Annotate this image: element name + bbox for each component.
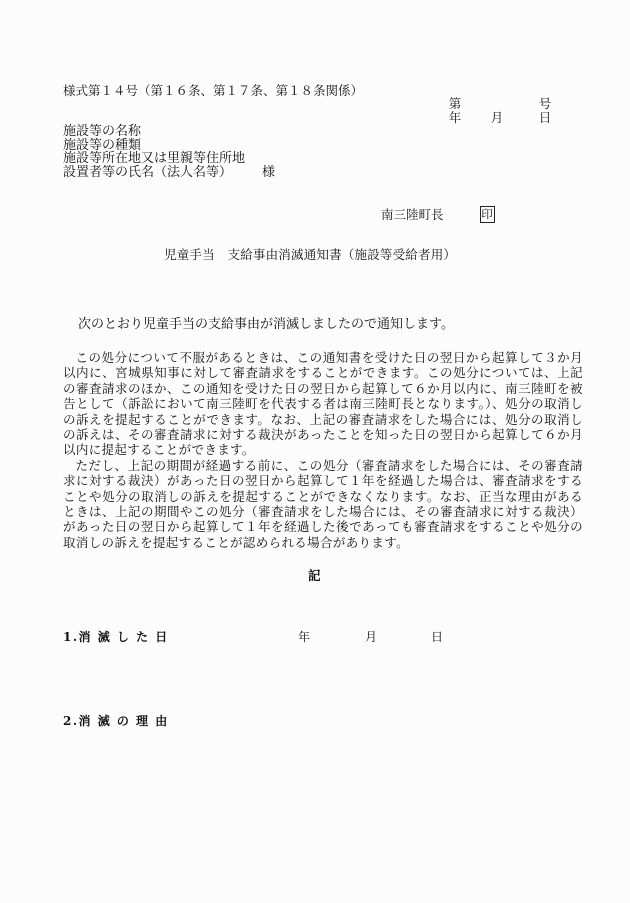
- extinction-date-month[interactable]: 月: [365, 628, 431, 645]
- founder-name-row: 設置者等の氏名（法人名等）様: [63, 166, 275, 180]
- appeal-notice-paragraph-1: この処分について不服があるときは、この通知書を受けた日の翌日から起算して３か月以…: [63, 350, 583, 458]
- item-extinction-date-label: 1.消 滅 し た 日: [63, 628, 169, 645]
- doc-date-day: 日: [538, 111, 552, 125]
- founder-name-label: 設置者等の氏名（法人名等）: [63, 165, 232, 180]
- seal-icon: 印: [480, 206, 495, 223]
- addressee-block: 施設等の名称 施設等の種類 施設等所在地又は里親等住所地 設置者等の氏名（法人名…: [63, 125, 275, 179]
- ki-heading: 記: [308, 566, 321, 584]
- facility-address-label: 施設等所在地又は里親等住所地: [63, 152, 275, 166]
- form-number: 様式第１４号（第１６条、第１７条、第１８条関係）: [63, 81, 363, 99]
- document-number: 第 号: [448, 97, 552, 111]
- facility-type-label: 施設等の種類: [63, 139, 275, 153]
- doc-date-month: 月: [490, 111, 504, 125]
- doc-number-field[interactable]: [462, 97, 538, 111]
- extinction-date-day[interactable]: 日: [431, 628, 443, 645]
- doc-number-prefix: 第: [448, 97, 462, 111]
- appeal-notice-paragraph-2: ただし、上記の期間が経過する前に、この処分（審査請求をした場合には、その審査請求…: [63, 458, 583, 550]
- document-number-and-date: 第 号 年 月 日: [448, 97, 552, 125]
- issuer: 南三陸町長 印: [381, 205, 495, 223]
- appeal-notice: この処分について不服があるときは、この通知書を受けた日の翌日から起算して３か月以…: [63, 350, 583, 550]
- extinction-date-fields[interactable]: 年 月 日: [298, 628, 443, 645]
- doc-number-suffix: 号: [538, 97, 552, 111]
- extinction-date-year[interactable]: 年: [298, 628, 365, 645]
- facility-name-label: 施設等の名称: [63, 125, 275, 139]
- doc-date-day-field[interactable]: [504, 111, 538, 125]
- doc-date-month-field[interactable]: [462, 111, 490, 125]
- document-title: 児童手当 支給事由消滅通知書（施設等受給者用）: [164, 245, 456, 263]
- honorific: 様: [262, 166, 275, 180]
- doc-date-year: 年: [448, 111, 462, 125]
- issuer-name: 南三陸町長: [381, 205, 444, 223]
- item-extinction-reason-label: 2.消 滅 の 理 由: [63, 712, 169, 729]
- intro-text: 次のとおり児童手当の支給事由が消滅しましたので通知します。: [78, 313, 454, 332]
- document-date: 年 月 日: [448, 111, 552, 125]
